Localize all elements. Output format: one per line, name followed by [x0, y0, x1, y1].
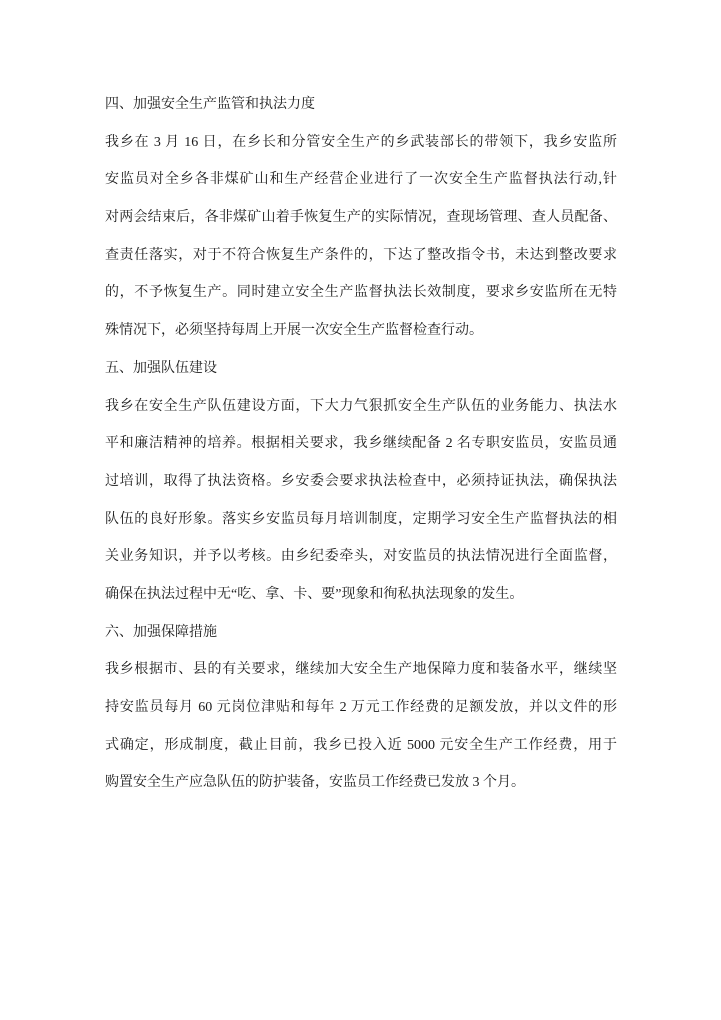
paragraph-line-end: 购置安全生产应急队伍的防护装备，安监员工作经费已发放 3 个月。	[105, 764, 617, 802]
section-heading-5: 五、加强队伍建设	[105, 350, 617, 388]
paragraph-line: 我乡在 3 月 16 日，在乡长和分管安全生产的乡武装部长的带领下，我乡安监所	[105, 124, 617, 162]
document-page: 四、加强安全生产监管和执法力度 我乡在 3 月 16 日，在乡长和分管安全生产的…	[0, 0, 721, 1020]
paragraph-line: 式确定，形成制度，截止目前，我乡已投入近 5000 元安全生产工作经费，用于	[105, 727, 617, 765]
paragraph-line: 持安监员每月 60 元岗位津贴和每年 2 万元工作经费的足额发放，并以文件的形	[105, 689, 617, 727]
paragraph-line-end: 确保在执法过程中无“吃、拿、卡、要”现象和徇私执法现象的发生。	[105, 576, 617, 614]
section-heading-6: 六、加强保障措施	[105, 614, 617, 652]
paragraph-line: 对两会结束后，各非煤矿山着手恢复生产的实际情况，查现场管理、查人员配备、	[105, 199, 617, 237]
paragraph-line: 我乡根据市、县的有关要求，继续加大安全生产地保障力度和装备水平，继续坚	[105, 651, 617, 689]
paragraph-line: 关业务知识，并予以考核。由乡纪委牵头，对安监员的执法情况进行全面监督，	[105, 538, 617, 576]
paragraph-line: 的，不予恢复生产。同时建立安全生产监督执法长效制度，要求乡安监所在无特	[105, 274, 617, 312]
paragraph-line: 过培训，取得了执法资格。乡安委会要求执法检查中，必须持证执法，确保执法	[105, 463, 617, 501]
paragraph-line: 我乡在安全生产队伍建设方面，下大力气狠抓安全生产队伍的业务能力、执法水	[105, 388, 617, 426]
paragraph-line: 安监员对全乡各非煤矿山和生产经营企业进行了一次安全生产监督执法行动,针	[105, 161, 617, 199]
paragraph-line-end: 殊情况下，必须坚持每周上开展一次安全生产监督检查行动。	[105, 312, 617, 350]
paragraph-line: 平和廉洁精神的培养。根据相关要求，我乡继续配备 2 名专职安监员，安监员通	[105, 425, 617, 463]
document-text-block: 四、加强安全生产监管和执法力度 我乡在 3 月 16 日，在乡长和分管安全生产的…	[105, 86, 617, 802]
section-heading-4: 四、加强安全生产监管和执法力度	[105, 86, 617, 124]
paragraph-line: 队伍的良好形象。落实乡安监员每月培训制度，定期学习安全生产监督执法的相	[105, 501, 617, 539]
paragraph-line: 查责任落实，对于不符合恢复生产条件的，下达了整改指令书，未达到整改要求	[105, 237, 617, 275]
